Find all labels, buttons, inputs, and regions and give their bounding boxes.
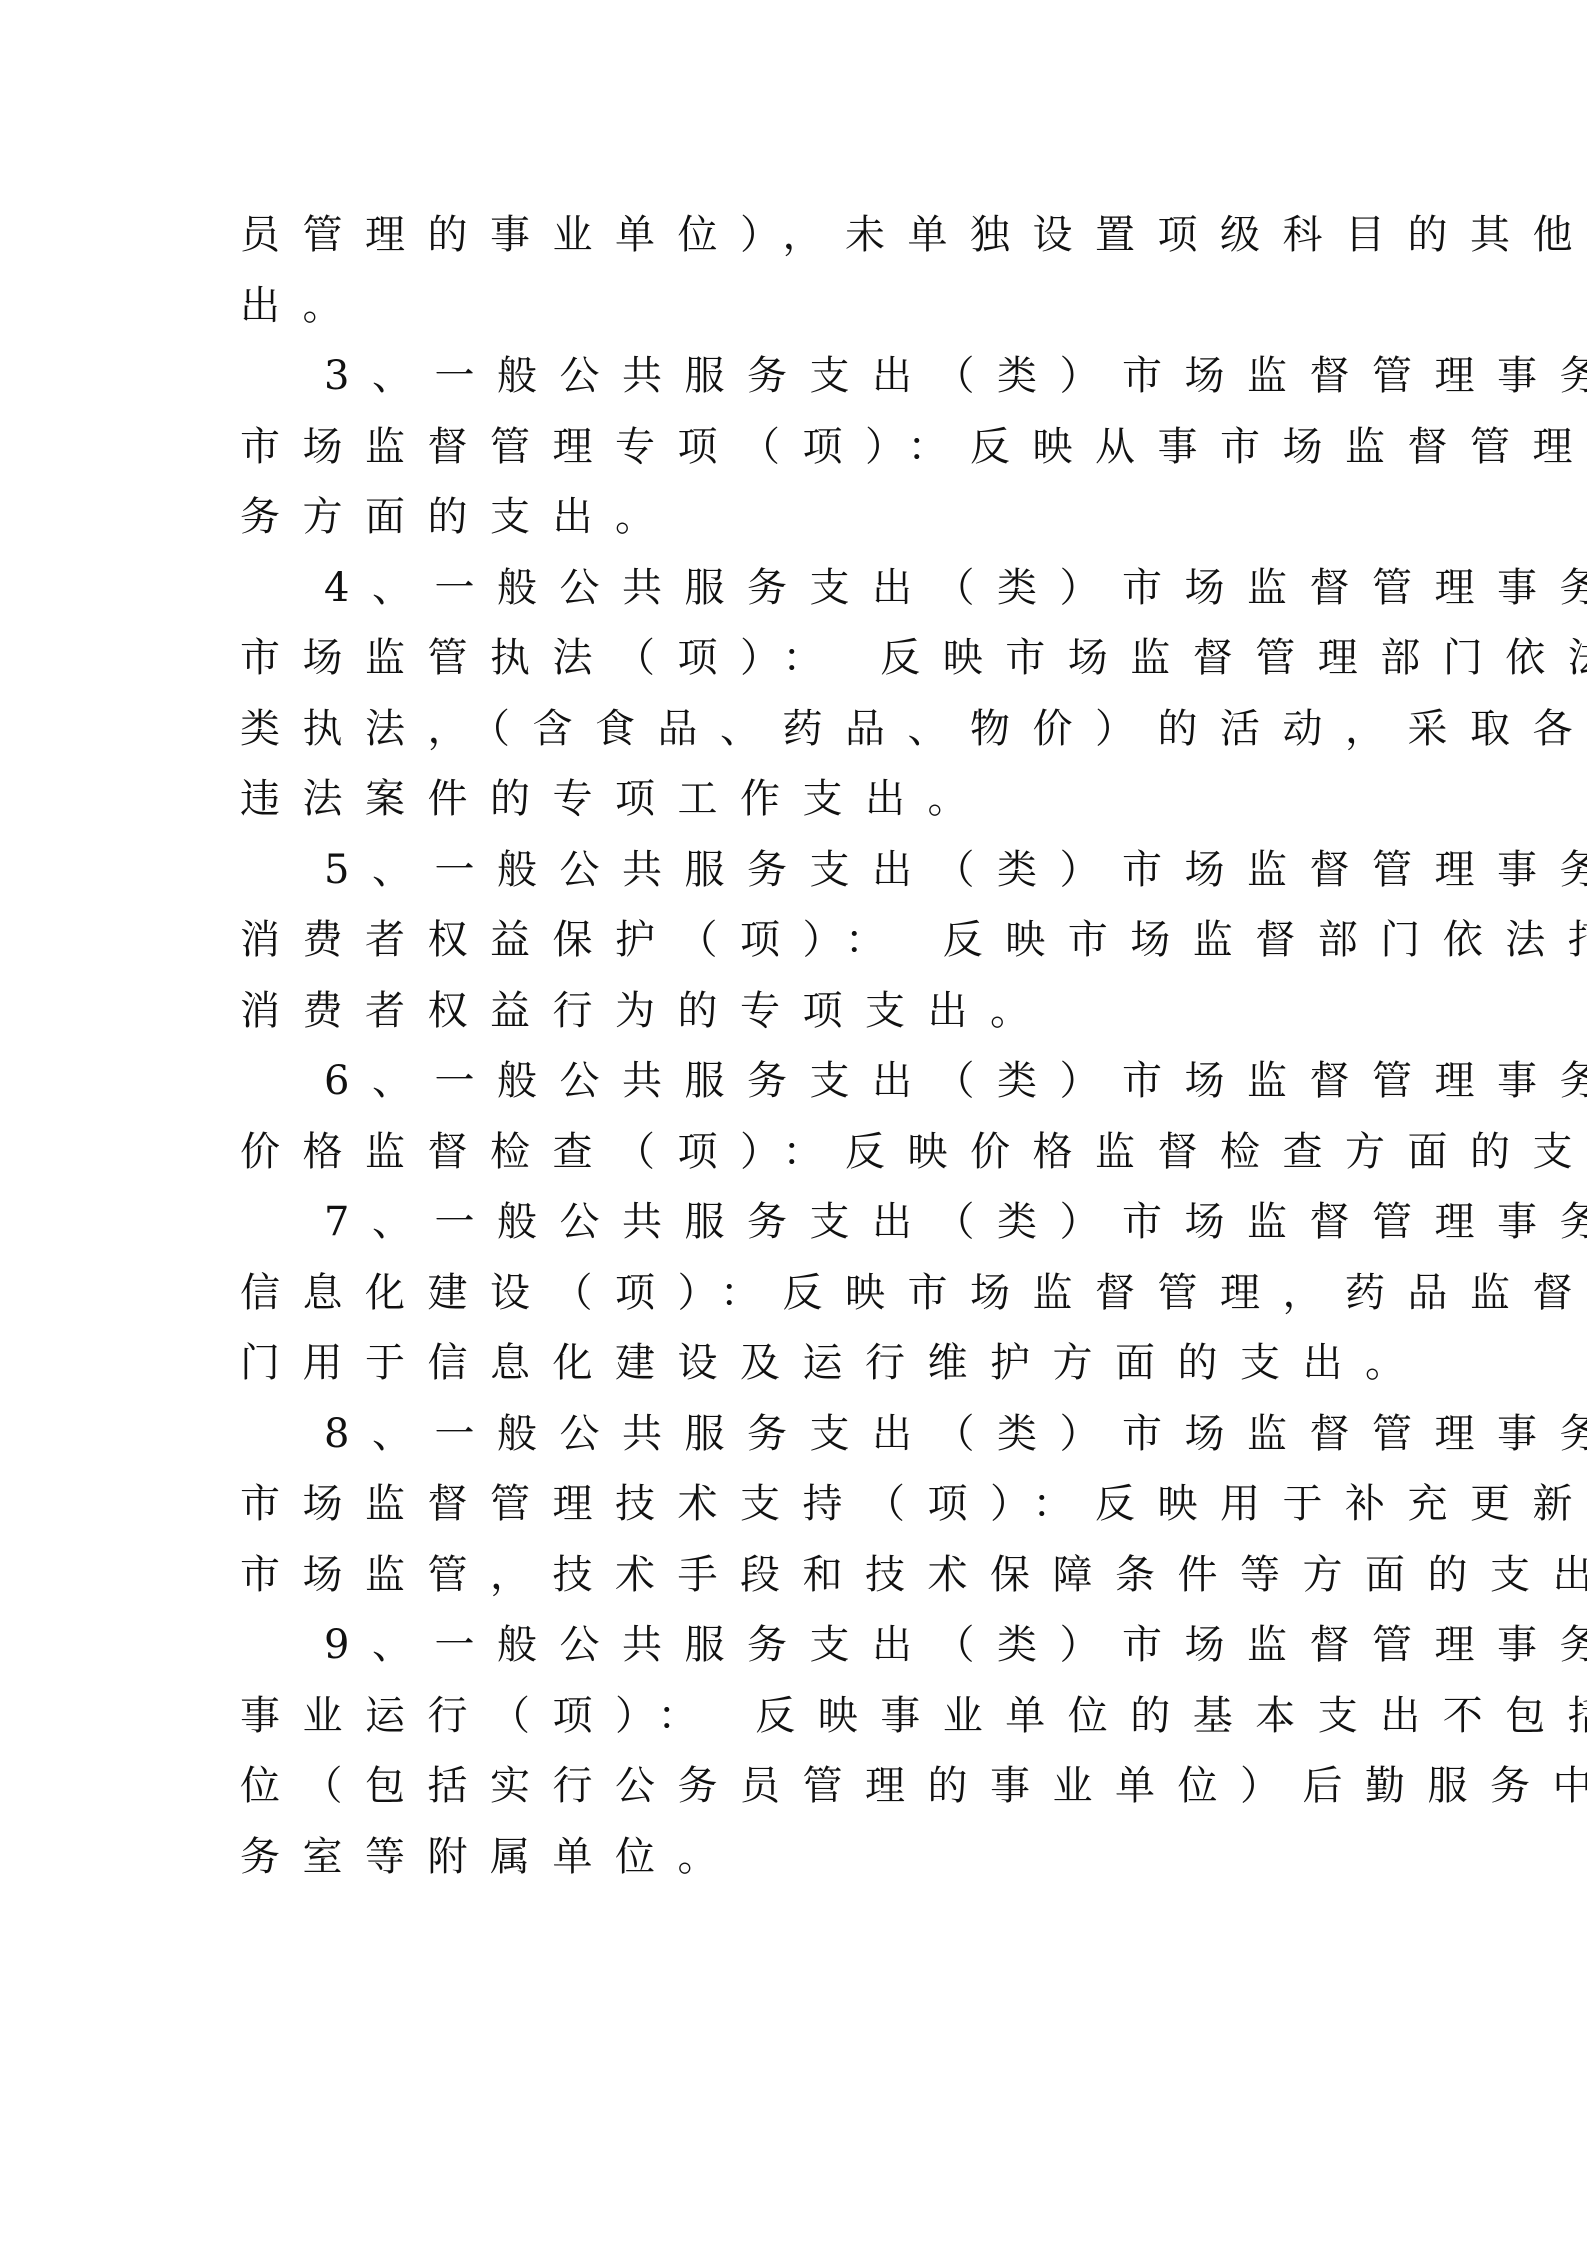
text-line: 员管理的事业单位），未单独设置项级科目的其他项目支	[240, 200, 1360, 271]
item-heading-line: 9、一般公共服务支出（类）市场监督管理事务（款）	[240, 1610, 1360, 1681]
text-line: 价格监督检查（项）：反映价格监督检查方面的支出。	[240, 1117, 1360, 1188]
text-line: 信息化建设（项）：反映市场监督管理，药品监督管理部	[240, 1258, 1360, 1329]
text-line: 市场监督管理专项（项）：反映从事市场监督管理专项业	[240, 412, 1360, 483]
text-line: 违法案件的专项工作支出。	[240, 764, 1360, 835]
paragraph-item-5: 5、一般公共服务支出（类）市场监督管理事务（款） 消费者权益保护（项）： 反映市…	[240, 835, 1360, 1047]
document-page: 员管理的事业单位），未单独设置项级科目的其他项目支 出。 3、一般公共服务支出（…	[240, 200, 1360, 1892]
text-line: 务方面的支出。	[240, 482, 1360, 553]
item-heading-line: 5、一般公共服务支出（类）市场监督管理事务（款）	[240, 835, 1360, 906]
paragraph-item-3: 3、一般公共服务支出（类）市场监督管理事务（款） 市场监督管理专项（项）：反映从…	[240, 341, 1360, 553]
item-heading-line: 6、一般公共服务支出（类）市场监督管理事务（款）	[240, 1046, 1360, 1117]
text-line: 门用于信息化建设及运行维护方面的支出。	[240, 1328, 1360, 1399]
item-heading-line: 8、一般公共服务支出（类）市场监督管理事务（款）	[240, 1399, 1360, 1470]
text-line: 市场监管执法（项）： 反映市场监督管理部门依法开展各	[240, 623, 1360, 694]
text-line: 务室等附属单位。	[240, 1822, 1360, 1893]
paragraph-item-8: 8、一般公共服务支出（类）市场监督管理事务（款） 市场监督管理技术支持（项）：反…	[240, 1399, 1360, 1611]
text-line: 市场监督管理技术支持（项）：反映用于补充更新，完善	[240, 1469, 1360, 1540]
text-line: 市场监管，技术手段和技术保障条件等方面的支出。	[240, 1540, 1360, 1611]
text-line: 出。	[240, 271, 1360, 342]
paragraph-continuation: 员管理的事业单位），未单独设置项级科目的其他项目支 出。	[240, 200, 1360, 341]
item-heading-line: 3、一般公共服务支出（类）市场监督管理事务（款）	[240, 341, 1360, 412]
paragraph-item-7: 7、一般公共服务支出（类）市场监督管理事务（款） 信息化建设（项）：反映市场监督…	[240, 1187, 1360, 1399]
paragraph-item-9: 9、一般公共服务支出（类）市场监督管理事务（款） 事业运行（项）： 反映事业单位…	[240, 1610, 1360, 1892]
text-line: 消费者权益行为的专项支出。	[240, 976, 1360, 1047]
text-line: 位（包括实行公务员管理的事业单位）后勤服务中心、医	[240, 1751, 1360, 1822]
text-line: 消费者权益保护（项）： 反映市场监督部门依法打击侵害	[240, 905, 1360, 976]
text-line: 类执法，（含食品、药品、物价）的活动，采取各类经济	[240, 694, 1360, 765]
paragraph-item-4: 4、一般公共服务支出（类）市场监督管理事务（款） 市场监管执法（项）： 反映市场…	[240, 553, 1360, 835]
paragraph-item-6: 6、一般公共服务支出（类）市场监督管理事务（款） 价格监督检查（项）：反映价格监…	[240, 1046, 1360, 1187]
text-line: 事业运行（项）： 反映事业单位的基本支出不包括行政单	[240, 1681, 1360, 1752]
item-heading-line: 4、一般公共服务支出（类）市场监督管理事务（款）	[240, 553, 1360, 624]
item-heading-line: 7、一般公共服务支出（类）市场监督管理事务（款）	[240, 1187, 1360, 1258]
